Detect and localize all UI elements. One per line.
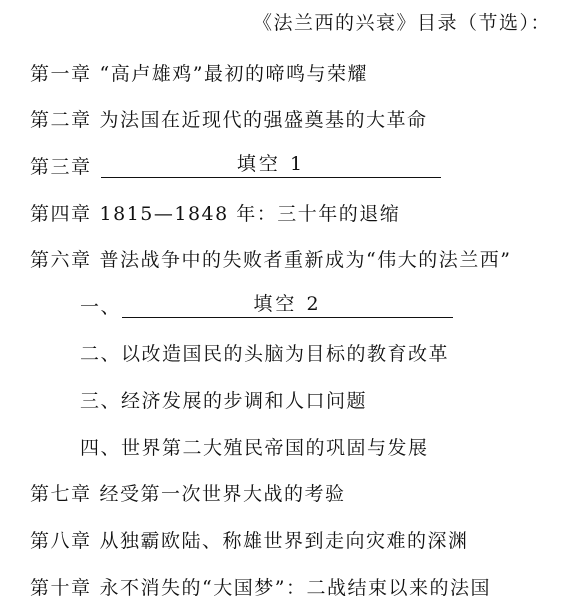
document-title: 《法兰西的兴衰》目录（节选）： bbox=[253, 8, 551, 38]
section-title: 世界第二大殖民帝国的巩固与发展 bbox=[121, 437, 429, 459]
chapter-title: 为法国在近现代的强盛奠基的大革命 bbox=[100, 109, 428, 131]
toc-chapter-6: 第六章普法战争中的失败者重新成为“伟大的法兰西” bbox=[30, 245, 511, 275]
section-title: 经济发展的步调和人口问题 bbox=[121, 390, 367, 412]
chapter-title: 普法战争中的失败者重新成为“伟大的法兰西” bbox=[100, 249, 512, 271]
section-label: 一、 bbox=[80, 296, 121, 318]
chapter-label: 第一章 bbox=[30, 59, 92, 89]
chapter-title: 1815—1848 年：三十年的退缩 bbox=[100, 203, 401, 225]
section-title: 以改造国民的头脑为目标的教育改革 bbox=[121, 343, 449, 365]
toc-section-6-1: 一、 bbox=[80, 292, 121, 322]
chapter-title: 永不消失的“大国梦”：二战结束以来的法国 bbox=[100, 577, 491, 599]
toc-chapter-8: 第八章从独霸欧陆、称雄世界到走向灾难的深渊 bbox=[30, 526, 469, 556]
fill-blank-1[interactable]: 填空 1 bbox=[101, 151, 441, 178]
chapter-label: 第八章 bbox=[30, 526, 92, 556]
chapter-title: 从独霸欧陆、称雄世界到走向灾难的深渊 bbox=[100, 530, 469, 552]
toc-chapter-10: 第十章永不消失的“大国梦”：二战结束以来的法国 bbox=[30, 573, 491, 603]
toc-chapter-7: 第七章经受第一次世界大战的考验 bbox=[30, 479, 346, 509]
toc-chapter-3: 第三章 bbox=[30, 152, 100, 182]
toc-chapter-1: 第一章“高卢雄鸡”最初的啼鸣与荣耀 bbox=[30, 59, 368, 89]
chapter-title: 经受第一次世界大战的考验 bbox=[100, 483, 346, 505]
chapter-label: 第十章 bbox=[30, 573, 92, 603]
section-label: 四、 bbox=[80, 437, 121, 459]
chapter-title: “高卢雄鸡”最初的啼鸣与荣耀 bbox=[100, 63, 368, 85]
chapter-label: 第六章 bbox=[30, 245, 92, 275]
toc-chapter-4: 第四章1815—1848 年：三十年的退缩 bbox=[30, 199, 400, 229]
fill-blank-2[interactable]: 填空 2 bbox=[122, 291, 453, 318]
toc-chapter-2: 第二章为法国在近现代的强盛奠基的大革命 bbox=[30, 105, 428, 135]
toc-section-6-4: 四、世界第二大殖民帝国的巩固与发展 bbox=[80, 433, 429, 463]
chapter-label: 第三章 bbox=[30, 152, 92, 182]
chapter-label: 第七章 bbox=[30, 479, 92, 509]
chapter-label: 第二章 bbox=[30, 105, 92, 135]
section-label: 三、 bbox=[80, 390, 121, 412]
toc-section-6-2: 二、以改造国民的头脑为目标的教育改革 bbox=[80, 339, 449, 369]
toc-section-6-3: 三、经济发展的步调和人口问题 bbox=[80, 386, 367, 416]
chapter-label: 第四章 bbox=[30, 199, 92, 229]
section-label: 二、 bbox=[80, 343, 121, 365]
